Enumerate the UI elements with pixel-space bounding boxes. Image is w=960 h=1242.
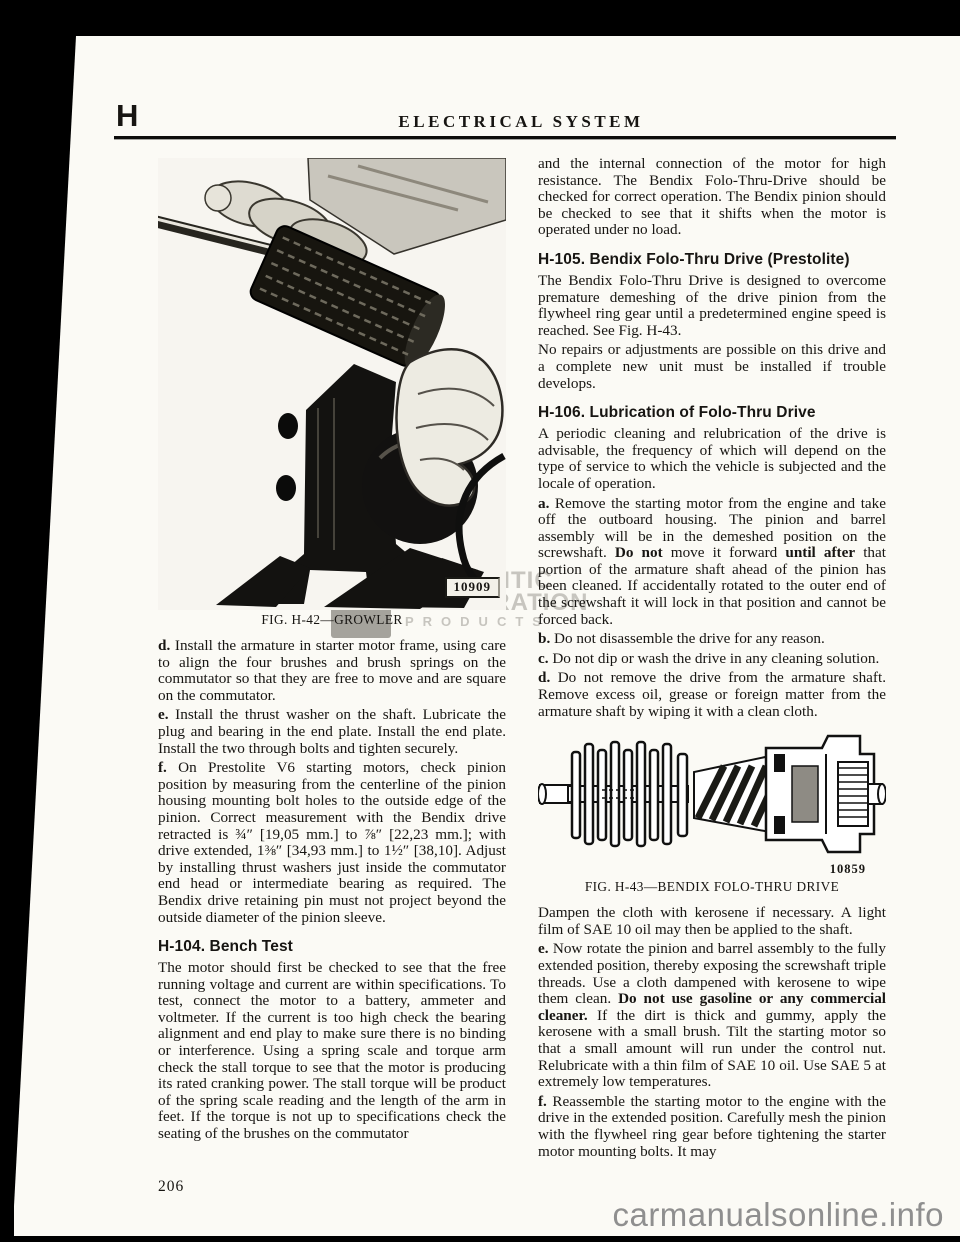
manual-page: H ELECTRICAL SYSTEM AUTHENTIC RESTORATIO… xyxy=(14,36,960,1236)
step-d-paragraph: d. Install the armature in starter motor… xyxy=(158,638,506,704)
section-h106-heading: H-106. Lubrication of Folo-Thru Drive xyxy=(538,404,886,422)
step-e2-paragraph: e. Now rotate the pinion and barrel asse… xyxy=(538,941,886,1090)
growler-photo-image xyxy=(158,158,506,610)
figure-growler-photo: 10909 FIG. H-42—GROWLER xyxy=(158,158,506,628)
right-column: and the internal connection of the motor… xyxy=(538,156,886,1163)
step-a-paragraph: a. Remove the starting motor from the en… xyxy=(538,496,886,629)
step-f2-paragraph: f. Reassemble the starting motor to the … xyxy=(538,1094,886,1160)
h105-paragraph-2: No repairs or adjustments are possible o… xyxy=(538,342,886,392)
scan-edge-shadow xyxy=(14,36,76,1206)
step-f-paragraph: f. On Prestolite V6 starting motors, che… xyxy=(158,760,506,926)
step-c-paragraph: c. Do not dip or wash the drive in any c… xyxy=(538,651,886,668)
photo-id-tag: 10909 xyxy=(445,577,501,598)
figure-43-caption: FIG. H-43—BENDIX FOLO-THRU DRIVE xyxy=(538,879,886,895)
header-rule xyxy=(114,136,896,139)
step-b-paragraph: b. Do not disassemble the drive for any … xyxy=(538,631,886,648)
intro-paragraph: and the internal connection of the motor… xyxy=(538,156,886,239)
figure-43-id: 10859 xyxy=(538,862,866,877)
page-title: ELECTRICAL SYSTEM xyxy=(14,112,960,132)
figure-bendix-drive: 10859 FIG. H-43—BENDIX FOLO-THRU DRIVE xyxy=(538,728,886,895)
section-h105-heading: H-105. Bendix Folo-Thru Drive (Prestolit… xyxy=(538,251,886,269)
bendix-drive-diagram xyxy=(538,728,886,862)
site-watermark: carmanualsonline.info xyxy=(612,1196,944,1234)
section-h104-body: The motor should first be checked to see… xyxy=(158,960,506,1143)
dampen-paragraph: Dampen the cloth with kerosene if necess… xyxy=(538,905,886,938)
figure-42-caption: FIG. H-42—GROWLER xyxy=(158,612,506,628)
left-column: 10909 FIG. H-42—GROWLER d. Install the a… xyxy=(158,158,506,1146)
h106-paragraph-1: A periodic cleaning and relubrication of… xyxy=(538,426,886,492)
h105-paragraph-1: The Bendix Folo-Thru Drive is designed t… xyxy=(538,273,886,339)
page-number: 206 xyxy=(158,1178,184,1196)
step-d2-paragraph: d. Do not remove the drive from the arma… xyxy=(538,670,886,720)
section-h104-heading: H-104. Bench Test xyxy=(158,938,506,956)
step-e-paragraph: e. Install the thrust washer on the shaf… xyxy=(158,707,506,757)
